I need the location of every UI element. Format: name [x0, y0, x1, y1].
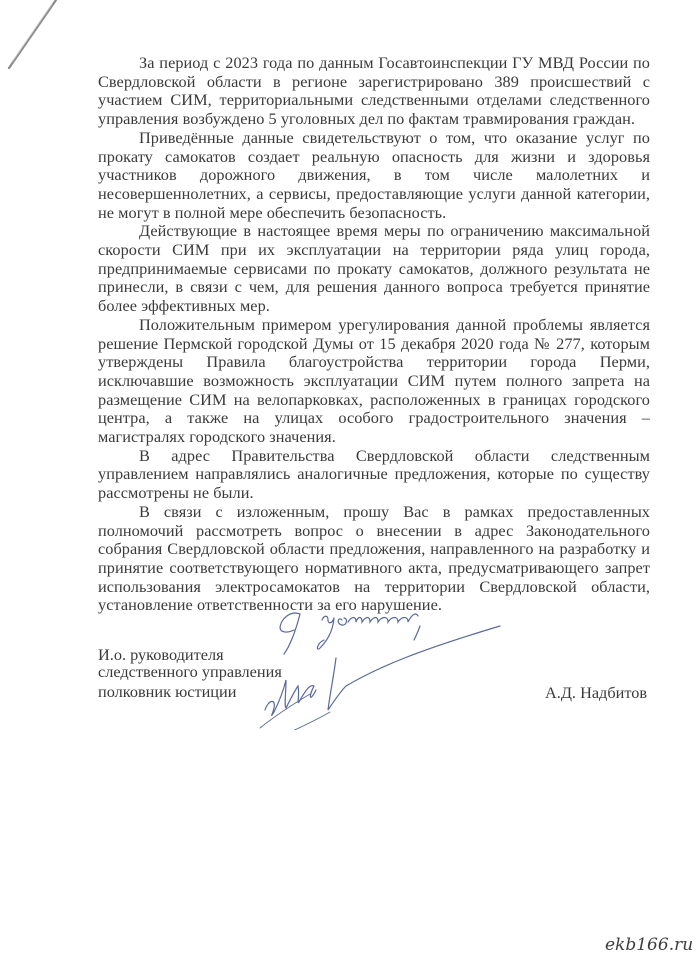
position-line-2: следственного управления	[98, 663, 282, 680]
signatory-rank: полковник юстиции	[98, 683, 236, 700]
signatory-position: И.о. руководителя следственного управлен…	[98, 646, 282, 680]
paragraph-speed-limits: Действующие в настоящее время меры по ог…	[98, 222, 650, 316]
signatory-name: А.Д. Надбитов	[545, 683, 647, 703]
handwritten-signature: С уважением,	[250, 600, 510, 730]
letter-body: За период с 2023 года по данным Госавтои…	[98, 54, 650, 615]
position-line-1: И.о. руководителя	[98, 646, 282, 663]
paragraph-request: В связи с изложенным, прошу Вас в рамках…	[98, 503, 650, 615]
document-page: За период с 2023 года по данным Госавтои…	[0, 0, 700, 964]
paragraph-danger-conclusion: Приведённые данные свидетельствуют о том…	[98, 129, 650, 223]
source-watermark: ekb166.ru	[605, 935, 693, 955]
pen-stroke-mark	[0, 0, 80, 75]
paragraph-previous-proposals: В адрес Правительства Свердловской облас…	[98, 447, 650, 503]
paragraph-perm-example: Положительным примером урегулирования да…	[98, 316, 650, 447]
paragraph-incident-stats: За период с 2023 года по данным Госавтои…	[98, 54, 650, 129]
